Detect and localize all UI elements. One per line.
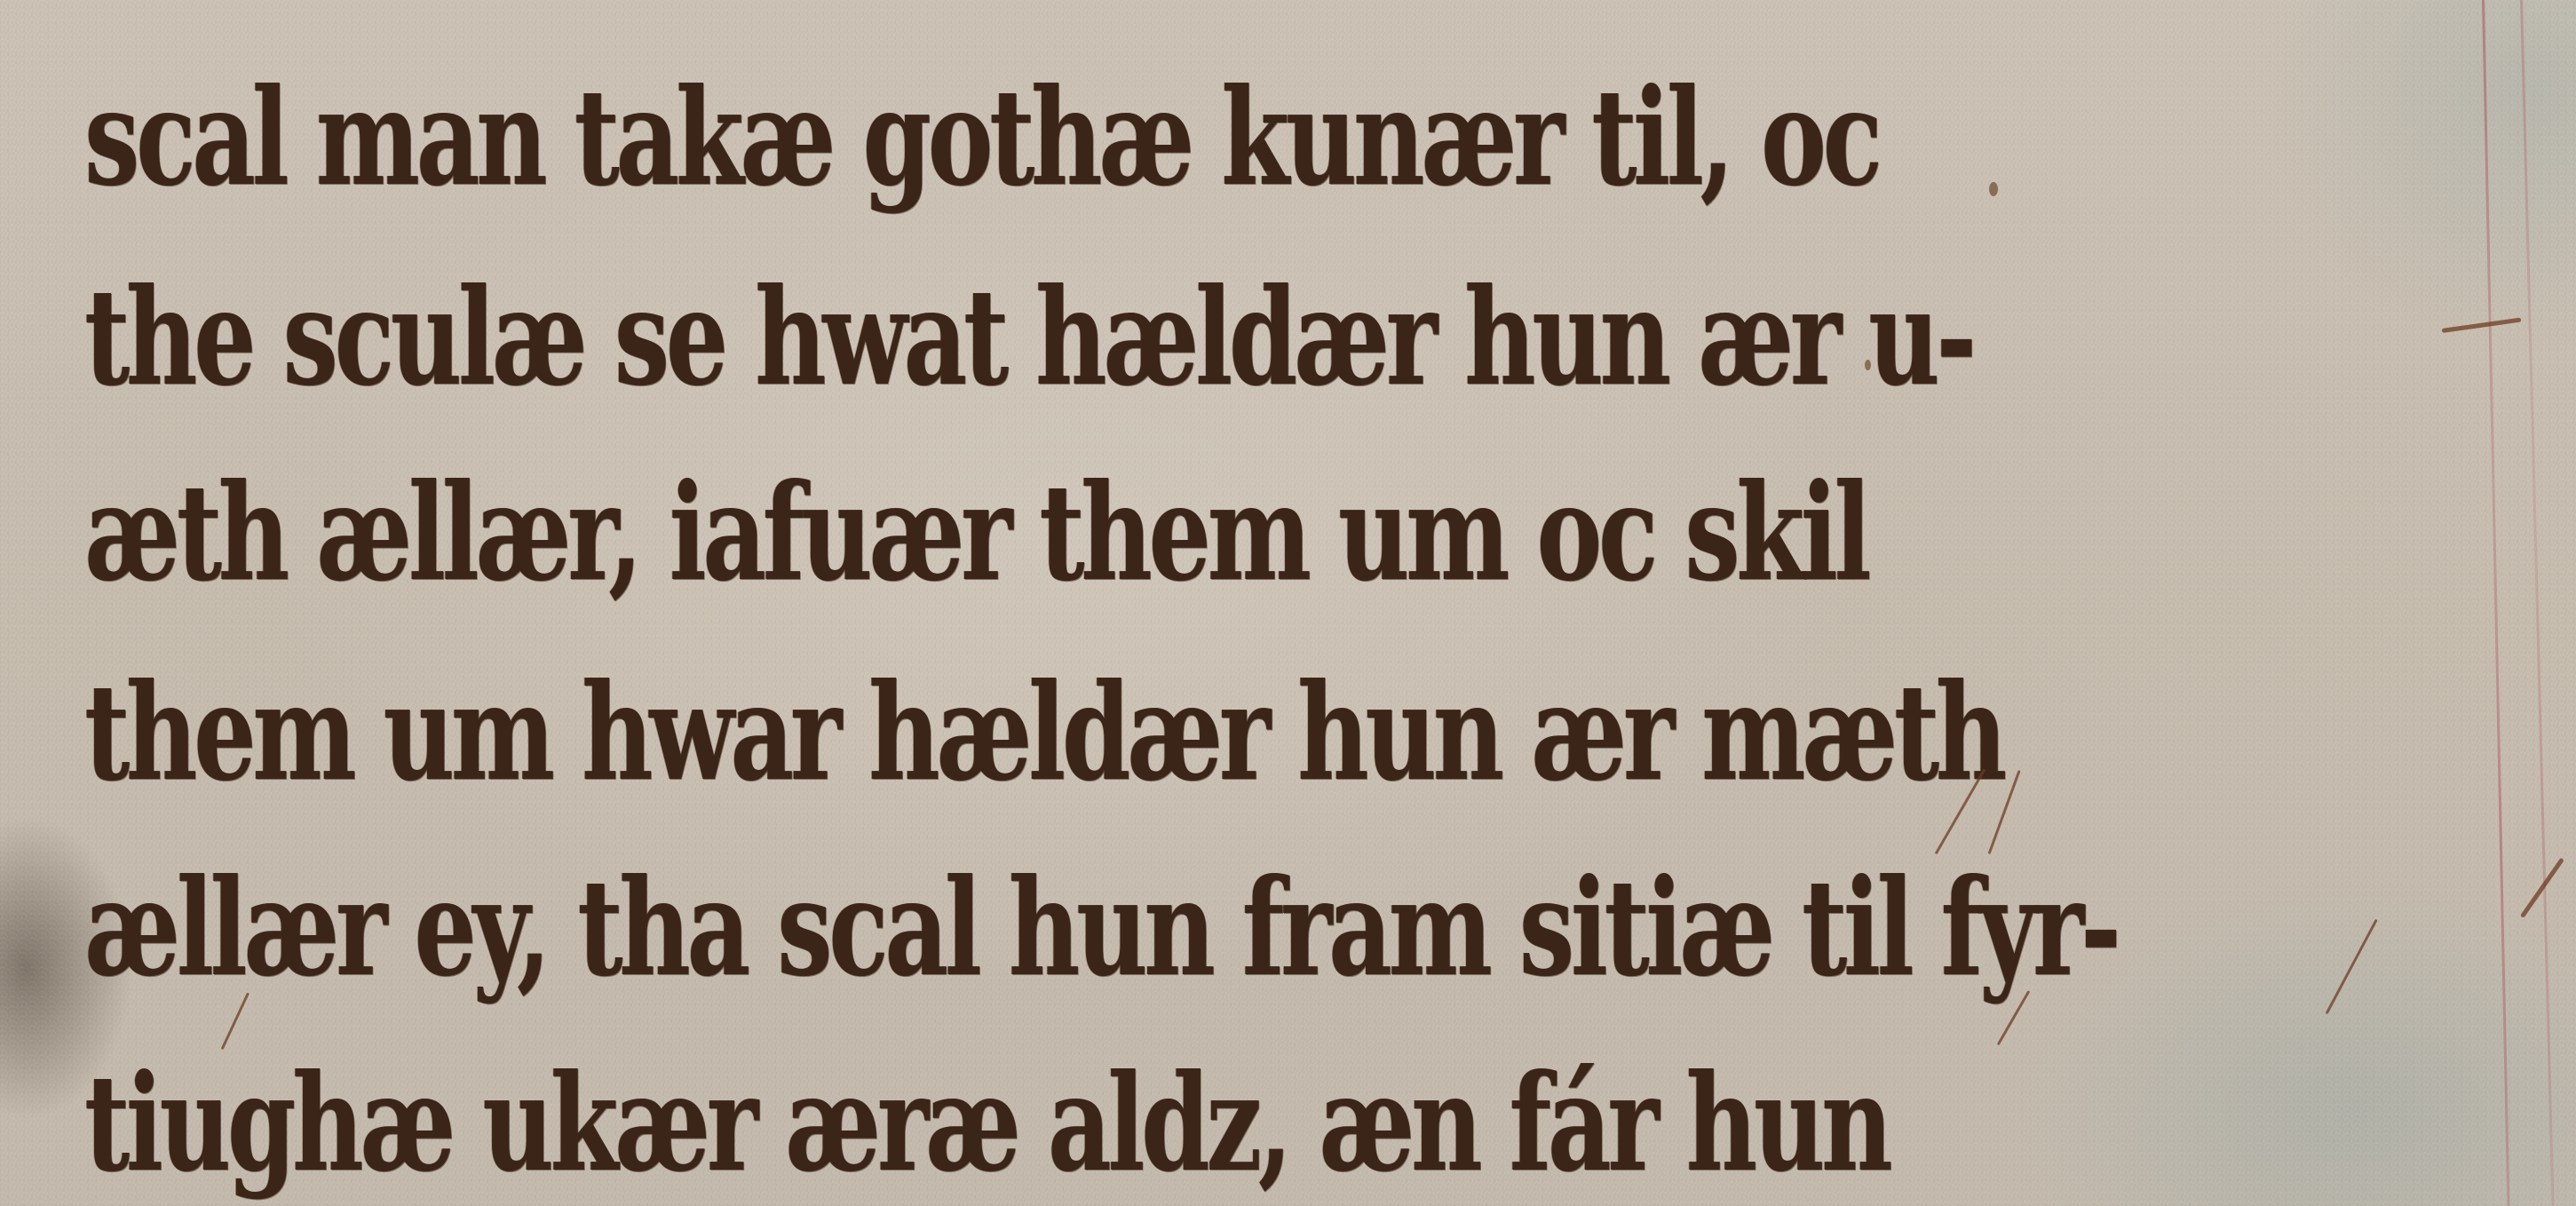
manuscript-line-5: ællær ey, tha scal hun fram sitiæ til fy… [84,861,2118,995]
ink-speck [1865,360,1871,370]
manuscript-line-4: them um hwar hældær hun ær mæth [84,666,2003,799]
manuscript-line-2: the sculæ se hwat hældær hun ær u- [84,271,1973,404]
manuscript-line-3: æth ællær, iafuær them um oc skil [84,466,1867,599]
manuscript-line-1: scal man takæ gothæ kunær til, oc [84,71,1879,204]
ink-speck [1989,182,1998,196]
manuscript-line-6: tiughæ ukær æræ aldz, æn fár hun [84,1057,1889,1190]
